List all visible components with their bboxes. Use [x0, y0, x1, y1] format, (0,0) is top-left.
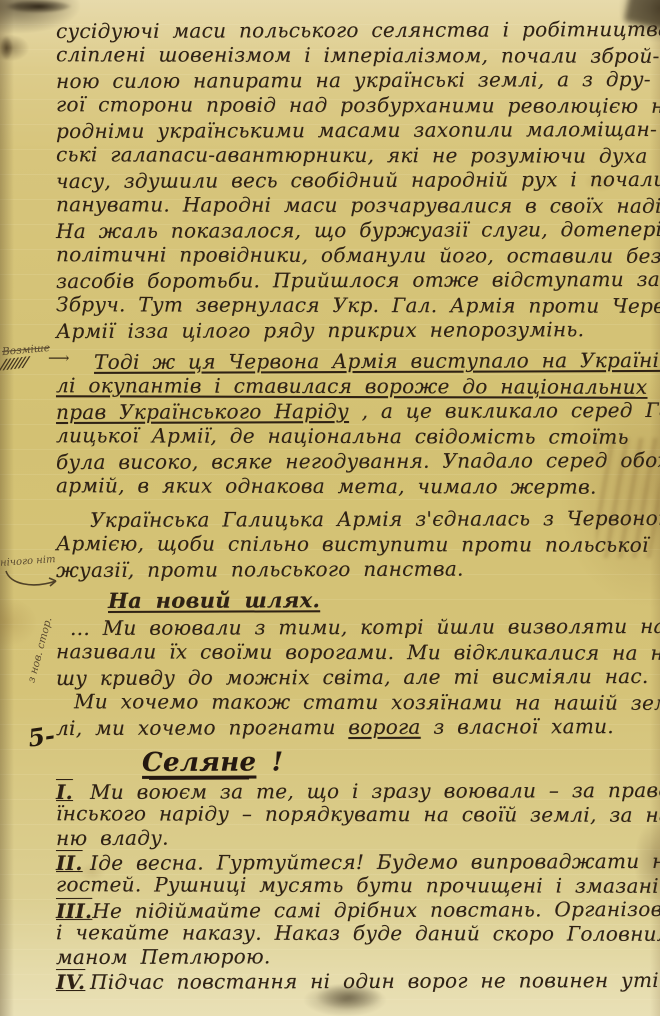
- text-segment: панувати. Народні маси розчарувалися в с…: [56, 192, 660, 218]
- underlined-phrase: Тоді ж ця Червона Армія виступало на Укр…: [94, 348, 660, 374]
- marginal-pencil-note: нічого ніт: [0, 554, 56, 569]
- text-segment: політичні провідники, обманули його, ост…: [56, 242, 660, 268]
- handwritten-line: часу, здушили весь свобідний народній ру…: [56, 167, 652, 194]
- paragraph: ... Ми воювали з тими, котрі йшли визвол…: [56, 615, 652, 740]
- text-segment: ню владу.: [56, 826, 169, 850]
- handwritten-line: шу кривду до можніх світа, але ті висмія…: [56, 664, 652, 691]
- text-segment: ною силою напирати на українські землі, …: [56, 67, 651, 93]
- handwritten-line: Селяне !: [142, 745, 652, 779]
- text-segment: армій, в яких однакова мета, чимало жерт…: [56, 473, 597, 498]
- handwritten-line: панувати. Народні маси розчарувалися в с…: [56, 192, 652, 219]
- handwritten-line: ... Ми воювали з тими, котрі йшли визвол…: [56, 614, 652, 641]
- text-segment: !: [256, 747, 283, 777]
- text-segment: маном Петлюрою.: [56, 944, 271, 969]
- numbered-item: ІІ.Іде весна. Гуртуйтеся! Будемо випрова…: [56, 851, 652, 897]
- handwritten-line: ною силою напирати на українські землі, …: [56, 67, 652, 94]
- handwritten-line: Тоді ж ця Червона Армія виступало на Укр…: [56, 348, 652, 375]
- handwritten-line: жуазії, проти польського панства.: [56, 556, 652, 583]
- handwritten-line: ІV.Підчас повстання ні один ворог не пов…: [56, 969, 652, 994]
- handwritten-line: Українська Галицька Армія з'єдналась з Ч…: [56, 506, 652, 533]
- handwritten-line: ІІ.Іде весна. Гуртуйтеся! Будемо випрова…: [56, 850, 652, 875]
- text-segment: Ми воюєм за те, що і зразу воювали – за …: [90, 778, 660, 804]
- text-segment: їнського наріду – порядкувати на своїй з…: [56, 801, 660, 827]
- text-segment: родніми українськими масами захопили мал…: [56, 117, 657, 143]
- text-segment: Українська Галицька Армія з'єдналась з Ч…: [90, 506, 660, 532]
- handwritten-line: На новий шлях.: [108, 585, 652, 614]
- handwritten-line: гостей. Рушниці мусять бути прочищені і …: [56, 873, 652, 898]
- handwritten-line: родніми українськими масами захопили мал…: [56, 117, 652, 144]
- text-segment: лі, ми хочемо прогнати: [56, 715, 348, 740]
- text-segment: сліплені шовенізмом і імперіалізмом, поч…: [56, 42, 660, 68]
- handwritten-line: і чекайте наказу. Наказ буде даний скоро…: [56, 921, 652, 946]
- text-segment: ... Ми воювали з тими, котрі йшли визвол…: [70, 614, 660, 640]
- section-heading: Селяне !: [56, 746, 652, 778]
- handwritten-line: сліплені шовенізмом і імперіалізмом, поч…: [56, 42, 652, 69]
- paragraph: Українська Галицька Армія з'єдналась з Ч…: [56, 507, 652, 582]
- text-segment: Ми хочемо також стати хозяїнами на нашій…: [74, 689, 660, 715]
- text-segment: засобів боротьби. Прийшлося отже відступ…: [56, 267, 660, 293]
- tally-marks: ///////: [0, 355, 29, 374]
- handwritten-line: лі окупантів і ставилася вороже до націо…: [56, 373, 652, 400]
- handwritten-line: Армією, щоби спільно виступити проти пол…: [56, 531, 652, 558]
- text-segment: На жаль показалося, що буржуазії слуги, …: [56, 217, 660, 243]
- text-segment: ські галапаси-авантюрники, які не розумі…: [56, 142, 648, 168]
- handwritten-line: ню владу.: [56, 825, 652, 850]
- handwritten-line: прав Українського Наріду , а це викликал…: [56, 398, 652, 425]
- underlined-phrase: На новий шлях.: [108, 587, 320, 613]
- handwritten-line: лицької Армії, де національна свідомість…: [56, 423, 652, 450]
- handwritten-line: гої сторони провід над розбурханими рево…: [56, 92, 652, 119]
- underlined-phrase: прав Українського Наріду: [56, 399, 349, 424]
- handwritten-line: ські галапаси-авантюрники, які не розумі…: [56, 142, 652, 169]
- text-segment: Армією, щоби спільно виступити проти пол…: [56, 531, 660, 557]
- handwritten-line: називали їх своїми ворогами. Ми відклика…: [56, 639, 652, 666]
- text-segment: гостей. Рушниці мусять бути прочищені і …: [56, 872, 660, 898]
- item-numeral: ІV.: [56, 971, 90, 994]
- text-segment: Не підіймайте самі дрібних повстань. Орг…: [92, 897, 660, 923]
- curved-arrow-icon: [2, 568, 64, 592]
- margin-item-number: 5-: [26, 720, 56, 752]
- numbered-item: ІІІ.Не підіймайте самі дрібних повстань.…: [56, 899, 652, 968]
- handwritten-line: лі, ми хочемо прогнати ворога з власної …: [56, 714, 652, 741]
- section-heading: На новий шлях.: [56, 586, 652, 613]
- text-segment: Збруч. Тут звернулася Укр. Гал. Армія пр…: [56, 292, 660, 318]
- text-segment: , а це викликало серед Га-: [349, 398, 660, 423]
- marginal-vertical-note: з нов. стор.: [20, 594, 61, 705]
- handwritten-line: Армії ізза цілого ряду прикрих непорозум…: [56, 317, 652, 344]
- ink-blot: [6, 0, 72, 13]
- text-segment: називали їх своїми ворогами. Ми відклика…: [56, 639, 660, 665]
- handwritten-line: була високо, всяке негодування. Упадало …: [56, 448, 652, 475]
- text-segment: жуазії, проти польського панства.: [56, 557, 464, 582]
- text-segment: сусідуючі маси польського селянства і ро…: [56, 17, 660, 43]
- handwritten-line: засобів боротьби. Прийшлося отже відступ…: [56, 267, 652, 294]
- manuscript-body: сусідуючі маси польського селянства і ро…: [56, 18, 652, 993]
- handwritten-line: маном Петлюрою.: [56, 944, 652, 969]
- handwritten-line: ІІІ.Не підіймайте самі дрібних повстань.…: [56, 898, 652, 923]
- text-segment: лицької Армії, де національна свідомість…: [56, 423, 629, 448]
- text-segment: Армії ізза цілого ряду прикрих непорозум…: [56, 317, 584, 343]
- text-segment: була високо, всяке негодування. Упадало …: [56, 448, 660, 474]
- paper-scuff: [0, 36, 13, 60]
- handwritten-line: На жаль показалося, що буржуазії слуги, …: [56, 217, 652, 244]
- underlined-phrase: лі окупантів і ставилася вороже до націо…: [56, 373, 647, 399]
- manuscript-page: Возміше /////// ⟶ нічого ніт з нов. стор…: [0, 0, 660, 1016]
- handwritten-line: І.Ми воюєм за те, що і зразу воювали – з…: [56, 779, 652, 804]
- numbered-item: І.Ми воюєм за те, що і зразу воювали – з…: [56, 780, 652, 849]
- text-segment: і чекайте наказу. Наказ буде даний скоро…: [56, 920, 660, 946]
- text-segment: шу кривду до можніх світа, але ті висмія…: [56, 664, 649, 690]
- underlined-phrase: Селяне: [142, 747, 256, 777]
- handwritten-line: армій, в яких однакова мета, чимало жерт…: [56, 473, 652, 500]
- handwritten-line: Збруч. Тут звернулася Укр. Гал. Армія пр…: [56, 292, 652, 319]
- text-segment: гої сторони провід над розбурханими рево…: [56, 92, 660, 118]
- underlined-phrase: ворога: [348, 715, 420, 739]
- text-segment: Іде весна. Гуртуйтеся! Будемо випроваджа…: [90, 849, 660, 875]
- numbered-item: ІV.Підчас повстання ні один ворог не пов…: [56, 970, 652, 993]
- paragraph: Тоді ж ця Червона Армія виступало на Укр…: [56, 349, 652, 499]
- text-segment: з власної хати.: [421, 714, 614, 739]
- handwritten-line: їнського наріду – порядкувати на своїй з…: [56, 802, 652, 827]
- text-segment: часу, здушили весь свобідний народній ру…: [56, 167, 660, 193]
- handwritten-line: Ми хочемо також стати хозяїнами на нашій…: [56, 689, 652, 716]
- paragraph: сусідуючі маси польського селянства і ро…: [56, 18, 652, 343]
- handwritten-line: політичні провідники, обманули його, ост…: [56, 242, 652, 269]
- text-segment: Підчас повстання ні один ворог не повине…: [90, 968, 660, 994]
- handwritten-line: сусідуючі маси польського селянства і ро…: [56, 17, 652, 44]
